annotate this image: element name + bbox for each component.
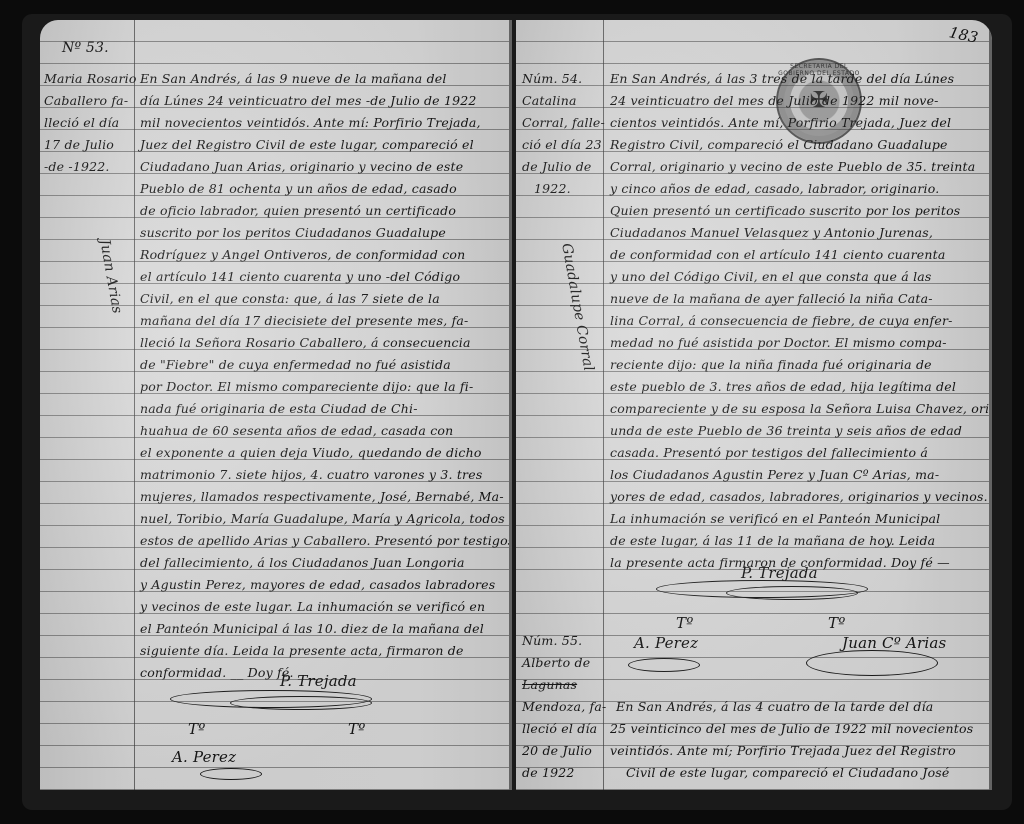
body-line: estos de apellido Arias y Caballero. Pre… [140, 530, 512, 552]
judge-signature: P. Trejada [280, 672, 357, 690]
body-line: En San Andrés, á las 3 tres de la tarde … [610, 68, 954, 90]
entry-number: Nº 53. [62, 40, 109, 56]
signature-flourish [230, 696, 372, 710]
margin-note-line: Maria Rosario [44, 68, 137, 90]
margin-note-line: lleció el día [44, 112, 119, 134]
body-line: veintidós. Ante mí; Porfirio Trejada Jue… [610, 740, 956, 762]
margin-line [134, 20, 135, 790]
body-line: de "Fiebre" de cuya enfermedad no fué as… [140, 354, 451, 376]
margin-note-line: Catalina [522, 90, 577, 112]
margin-note-line: -de -1922. [44, 156, 110, 178]
body-line: 25 veinticinco del mes de Julio de 1922 … [610, 718, 973, 740]
signature-flourish [806, 650, 938, 676]
body-line: medad no fué asistida por Doctor. El mis… [610, 332, 947, 354]
body-line: unda de este Pueblo de 36 treinta y seis… [610, 420, 962, 442]
witness-signature: A. Perez [634, 634, 698, 652]
witness-mark: Tº [348, 720, 365, 738]
right-page: 183 SECRETARIA DEL GOBIERNO DEL ESTADO ✠… [516, 20, 992, 790]
margin-note-line: Corral, falle- [522, 112, 605, 134]
body-line: y uno del Código Civil, en el que consta… [610, 266, 932, 288]
page-gutter [509, 20, 512, 790]
margin-note-line: de 1922 [522, 762, 575, 784]
body-line: de oficio labrador, quien presentó un ce… [140, 200, 456, 222]
body-line: cientos veintidós. Ante mí, Porfirio Tre… [610, 112, 951, 134]
margin-line [603, 20, 604, 790]
body-line: Civil de este lugar, compareció el Ciuda… [626, 762, 950, 784]
body-line: nueve de la mañana de ayer falleció la n… [610, 288, 933, 310]
body-line: compareciente y de su esposa la Señora L… [610, 398, 992, 420]
body-line: y vecinos de este lugar. La inhumación s… [140, 596, 485, 618]
body-line: casada. Presentó por testigos del fallec… [610, 442, 928, 464]
body-line: Quien presentó un certificado suscrito p… [610, 200, 960, 222]
margin-note-line: ció el día 23 [522, 134, 602, 156]
body-line: y cinco años de edad, casado, labrador, … [610, 178, 939, 200]
body-line: de este lugar, á las 11 de la mañana de … [610, 530, 935, 552]
body-line: Pueblo de 81 ochenta y un años de edad, … [140, 178, 457, 200]
witness-mark: Tº [828, 614, 845, 632]
body-line: de conformidad con el artículo 141 cient… [610, 244, 945, 266]
body-line: el Panteón Municipal á las 10. diez de l… [140, 618, 484, 640]
body-line: La inhumación se verificó en el Panteón … [610, 508, 940, 530]
body-line: Civil, en el que consta: que, á las 7 si… [140, 288, 440, 310]
margin-note-line: Mendoza, fa- [522, 696, 606, 718]
body-line: del fallecimiento, á los Ciudadanos Juan… [140, 552, 465, 574]
body-line: y Agustin Perez, mayores de edad, casado… [140, 574, 495, 596]
body-line: Corral, originario y vecino de este Pueb… [610, 156, 975, 178]
witness-mark: Tº [676, 614, 693, 632]
body-line: mil novecientos veintidós. Ante mí: Porf… [140, 112, 481, 134]
body-line: matrimonio 7. siete hijos, 4. cuatro var… [140, 464, 482, 486]
body-line: Registro Civil, compareció el Ciudadano … [610, 134, 948, 156]
signature-flourish [200, 768, 262, 780]
body-line: mujeres, llamados respectivamente, José,… [140, 486, 504, 508]
body-line: Juez del Registro Civil de este lugar, c… [140, 134, 474, 156]
body-line: los Ciudadanos Agustin Perez y Juan Cº A… [610, 464, 939, 486]
signature-flourish [628, 658, 700, 672]
body-line: mañana del día 17 diecisiete del present… [140, 310, 468, 332]
margin-note-line: 17 de Julio [44, 134, 114, 156]
body-line: huahua de 60 sesenta años de edad, casad… [140, 420, 453, 442]
body-line: En San Andrés, á las 9 nueve de la mañan… [140, 68, 447, 90]
body-line: reciente dijo: que la niña finada fué or… [610, 354, 932, 376]
margin-note-line: Núm. 55. [522, 630, 582, 652]
body-line: siguiente día. Leida la presente acta, f… [140, 640, 464, 662]
body-line: lleció la Señora Rosario Caballero, á co… [140, 332, 471, 354]
margin-note-line: 1922. [534, 178, 571, 200]
margin-note-line: Caballero fa- [44, 90, 128, 112]
margin-note-line: de Julio de [522, 156, 592, 178]
body-line: yores de edad, casados, labradores, orig… [610, 486, 988, 508]
margin-note-line: Núm. 54. [522, 68, 582, 90]
page-edge [989, 20, 992, 790]
margin-note-line: Alberto de [522, 652, 590, 674]
body-line: 24 veinticuatro del mes de Julio de 1922… [610, 90, 939, 112]
body-line: Ciudadanos Manuel Velasquez y Antonio Ju… [610, 222, 933, 244]
body-line: suscrito por los peritos Ciudadanos Guad… [140, 222, 446, 244]
body-line: día Lúnes 24 veinticuatro del mes -de Ju… [140, 90, 477, 112]
body-line: Ciudadano Juan Arias, originario y vecin… [140, 156, 463, 178]
witness-mark: Tº [188, 720, 205, 738]
body-line: el exponente a quien deja Viudo, quedand… [140, 442, 482, 464]
body-line: nada fué originaria de esta Ciudad de Ch… [140, 398, 418, 420]
margin-note-line: 20 de Julio [522, 740, 592, 762]
body-line: por Doctor. El mismo compareciente dijo:… [140, 376, 473, 398]
margin-note-line: lleció el día [522, 718, 597, 740]
body-line: este pueblo de 3. tres años de edad, hij… [610, 376, 956, 398]
margin-note-line-struck: Lagunas [522, 674, 577, 696]
witness-signature: A. Perez [172, 748, 236, 766]
body-line: lina Corral, á consecuencia de fiebre, d… [610, 310, 953, 332]
left-page: Nº 53. Maria Rosario Caballero fa- lleci… [40, 20, 512, 790]
body-line: el artículo 141 ciento cuarenta y uno -d… [140, 266, 460, 288]
signature-flourish [726, 586, 858, 600]
body-line: Rodríguez y Angel Ontiveros, de conformi… [140, 244, 465, 266]
body-line: En San Andrés, á las 4 cuatro de la tard… [616, 696, 933, 718]
body-line: nuel, Toribio, María Guadalupe, María y … [140, 508, 505, 530]
